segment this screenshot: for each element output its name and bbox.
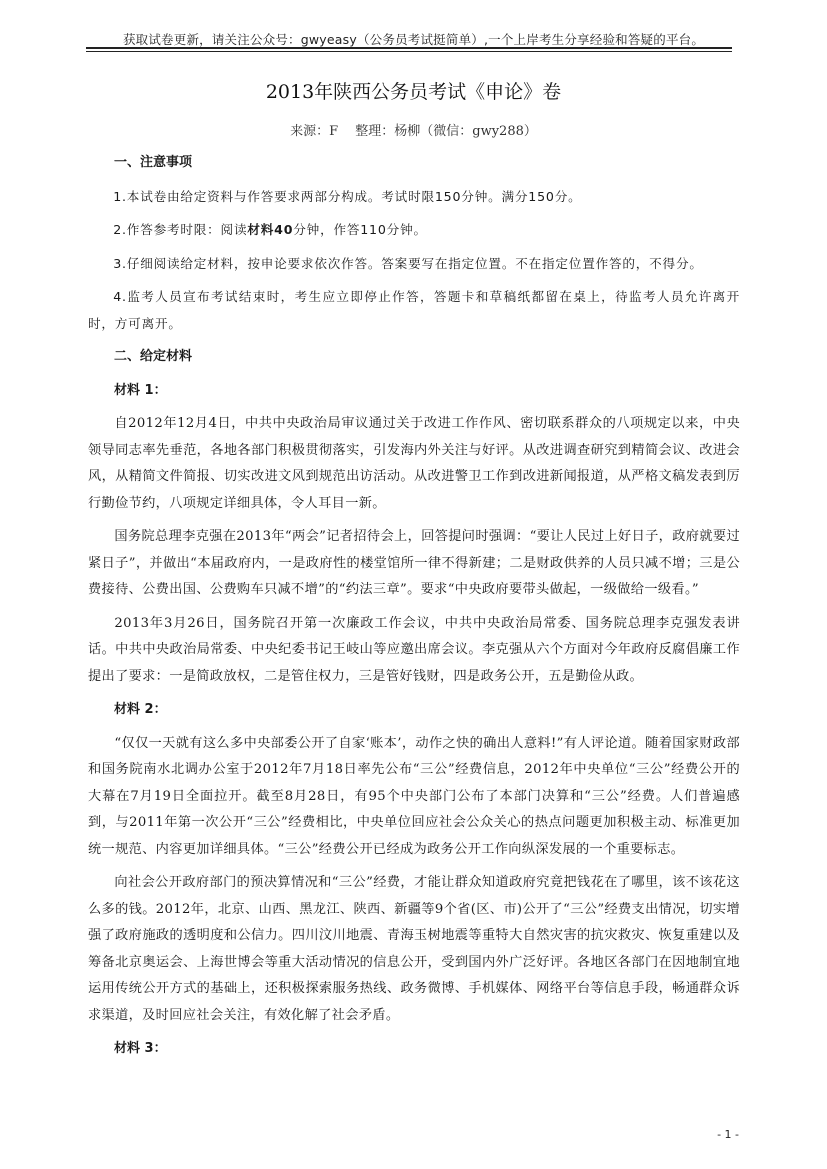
notice-item-bold-text: 材料40 xyxy=(247,222,293,237)
material-1-label: 材料 1： xyxy=(88,378,740,405)
notice-item-text: 分钟，作答110分钟。 xyxy=(293,222,427,237)
material-2-paragraph-1: “仅仅一天就有这么多中央部委公开了自家‘账本’，动作之快的确出人意料!”有人评论… xyxy=(88,731,740,864)
header-double-rule xyxy=(86,47,732,52)
material-1-paragraph-3: 2013年3月26日，国务院召开第一次廉政工作会议，中共中央政治局常委、国务院总… xyxy=(88,611,740,691)
page-number: - 1 - xyxy=(717,1128,739,1141)
material-2-paragraph-2: 向社会公开政府部门的预决算情况和“三公”经费，才能让群众知道政府究竟把钱花在了哪… xyxy=(88,870,740,1029)
notice-item-3: 3.仔细阅读给定材料，按申论要求依次作答。答案要写在指定位置。不在指定位置作答的… xyxy=(88,251,740,278)
notice-item-text: 3.仔细阅读给定材料，按申论要求依次作答。答案要写在指定位置。不在指定位置作答的… xyxy=(113,256,703,271)
notice-item-text: 4.监考人员宣布考试结束时，考生应立即停止作答，答题卡和草稿纸都留在桌上，待监考… xyxy=(88,289,740,331)
section-heading-materials: 二、给定材料 xyxy=(88,344,740,371)
material-2-label: 材料 2： xyxy=(88,697,740,724)
notice-item-1: 1.本试卷由给定资料与作答要求两部分构成。考试时限150分钟。满分150分。 xyxy=(88,184,740,211)
material-1-paragraph-2: 国务院总理李克强在2013年“两会”记者招待会上，回答提问时强调：“要让人民过上… xyxy=(88,524,740,604)
document-subtitle: 来源：F 整理：杨柳（微信：gwy288） xyxy=(0,120,827,139)
notice-item-text: 1.本试卷由给定资料与作答要求两部分构成。考试时限150分钟。满分150分。 xyxy=(113,189,581,204)
header-note: 获取试卷更新，请关注公众号：gwyeasy（公务员考试挺简单）,一个上岸考生分享… xyxy=(0,30,827,48)
notice-item-text: 2.作答参考时限：阅读 xyxy=(113,222,247,237)
document-title: 2013年陕西公务员考试《申论》卷 xyxy=(0,77,827,104)
document-body: 一、注意事项 1.本试卷由给定资料与作答要求两部分构成。考试时限150分钟。满分… xyxy=(88,150,740,1070)
notice-item-4: 4.监考人员宣布考试结束时，考生应立即停止作答，答题卡和草稿纸都留在桌上，待监考… xyxy=(88,284,740,337)
notice-item-2: 2.作答参考时限：阅读材料40分钟，作答110分钟。 xyxy=(88,217,740,244)
section-heading-notice: 一、注意事项 xyxy=(88,150,740,177)
material-3-label: 材料 3： xyxy=(88,1036,740,1063)
material-1-paragraph-1: 自2012年12月4日，中共中央政治局审议通过关于改进工作作风、密切联系群众的八… xyxy=(88,411,740,517)
